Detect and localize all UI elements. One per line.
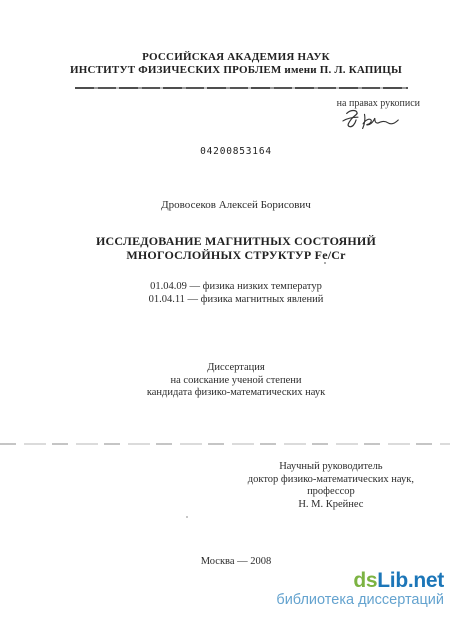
supervisor-rank: профессор bbox=[248, 486, 414, 499]
author-name: Дровосеков Алексей Борисович bbox=[22, 199, 450, 211]
catalog-number: 04200853164 bbox=[22, 146, 450, 157]
scan-fold-line bbox=[0, 443, 450, 445]
city-year: Москва — 2008 bbox=[22, 556, 450, 567]
scan-speck-1 bbox=[324, 262, 326, 264]
supervisor-degree: доктор физико-математических наук, bbox=[248, 474, 414, 487]
handwritten-signature-icon bbox=[342, 107, 402, 133]
dslib-watermark[interactable]: dsLib.net библиотека диссертаций bbox=[276, 570, 444, 608]
title-line-2: МНОГОСЛОЙНЫХ СТРУКТУР Fe/Cr bbox=[22, 249, 450, 263]
institution-header: РОССИЙСКАЯ АКАДЕМИЯ НАУК ИНСТИТУТ ФИЗИЧЕ… bbox=[22, 51, 450, 77]
title-line-1: ИССЛЕДОВАНИЕ МАГНИТНЫХ СОСТОЯНИЙ bbox=[22, 235, 450, 249]
specialty-magnetic-phenomena: 01.04.11 — физика магнитных явлений bbox=[22, 293, 450, 306]
specialty-low-temperature: 01.04.09 — физика низких температур bbox=[22, 280, 450, 293]
dslib-logo-ds: ds bbox=[353, 569, 377, 592]
header-divider-rule bbox=[75, 87, 408, 89]
supervisor-block: Научный руководитель доктор физико-матем… bbox=[248, 461, 414, 511]
supervisor-name: Н. М. Крейнес bbox=[248, 499, 414, 512]
degree-line-3: кандидата физико-математических наук bbox=[22, 387, 450, 400]
degree-line-2: на соискание ученой степени bbox=[22, 375, 450, 388]
institute-name: ИНСТИТУТ ФИЗИЧЕСКИХ ПРОБЛЕМ имени П. Л. … bbox=[22, 64, 450, 77]
scan-speck-2 bbox=[186, 516, 188, 518]
dslib-subtitle: библиотека диссертаций bbox=[276, 592, 444, 608]
degree-line-1: Диссертация bbox=[22, 362, 450, 375]
dslib-logo-libnet: Lib.net bbox=[377, 569, 444, 592]
academy-name: РОССИЙСКАЯ АКАДЕМИЯ НАУК bbox=[22, 51, 450, 64]
degree-statement: Диссертация на соискание ученой степени … bbox=[22, 362, 450, 400]
supervisor-role: Научный руководитель bbox=[248, 461, 414, 474]
dslib-logo[interactable]: dsLib.net bbox=[276, 570, 444, 592]
dissertation-title: ИССЛЕДОВАНИЕ МАГНИТНЫХ СОСТОЯНИЙ МНОГОСЛ… bbox=[22, 235, 450, 262]
dissertation-title-page: РОССИЙСКАЯ АКАДЕМИЯ НАУК ИНСТИТУТ ФИЗИЧЕ… bbox=[0, 0, 450, 619]
specialty-codes: 01.04.09 — физика низких температур 01.0… bbox=[22, 280, 450, 306]
